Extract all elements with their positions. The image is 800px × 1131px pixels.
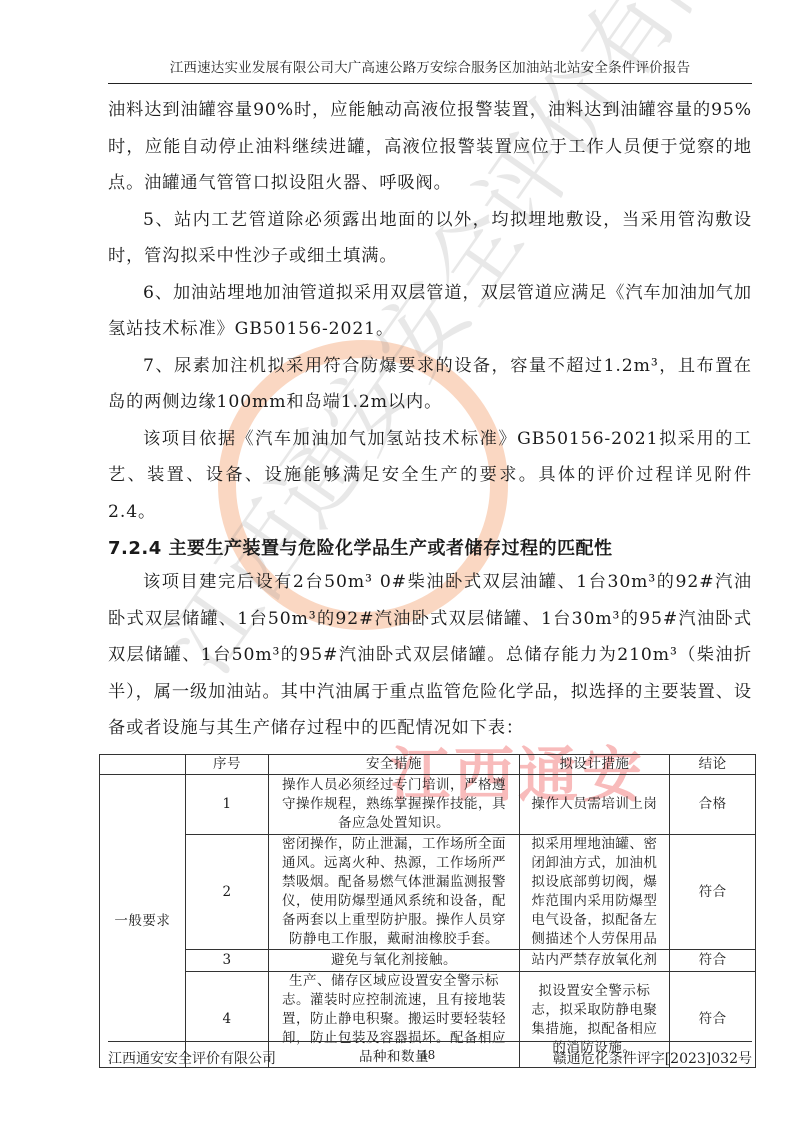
page-header: 江西速达实业发展有限公司大广高速公路万安综合服务区加油站北站安全条件评价报告 [108, 56, 752, 76]
row-design: 操作人员需培训上岗 [519, 775, 669, 835]
table-row: 3 避免与氧化剂接触。 站内严禁存放氧化剂 符合 [100, 950, 756, 972]
row-design: 拟采用埋地油罐、密闭卸油方式，加油机拟设底部剪切阀，爆炸范围内采用防爆型电气设备… [519, 835, 669, 950]
paragraph-continued: 油料达到油罐容量90%时，应能触动高液位报警装置，油料达到油罐容量的95%时，应… [108, 92, 752, 202]
row-conclusion: 合格 [670, 775, 756, 835]
header-number: 序号 [185, 755, 268, 775]
footer-company: 江西通安安全评价有限公司 [108, 1048, 276, 1068]
row-number: 3 [185, 950, 268, 972]
page-number: 48 [420, 1048, 435, 1062]
section-body: 该项目建完后设有2台50m³ 0#柴油卧式双层油罐、1台30m³的92#汽油卧式… [108, 564, 752, 747]
paragraph-item-5: 5、站内工艺管道除必须露出地面的以外，均拟埋地敷设，当采用管沟敷设时，管沟拟采中… [108, 202, 752, 275]
paragraph-item-6: 6、加油站埋地加油管道拟采用双层管道，双层管道应满足《汽车加油加气加氢站技术标准… [108, 275, 752, 348]
table-row: 一般要求 1 操作人员必须经过专门培训，严格遵守操作规程，熟练掌握操作技能，具备… [100, 775, 756, 835]
row-design: 站内严禁存放氧化剂 [519, 950, 669, 972]
row-number: 1 [185, 775, 268, 835]
footer-divider [108, 1041, 752, 1042]
header-design-measure: 拟设计措施 [519, 755, 669, 775]
section-paragraph: 该项目建完后设有2台50m³ 0#柴油卧式双层油罐、1台30m³的92#汽油卧式… [108, 564, 752, 747]
paragraph-item-7: 7、尿素加注机拟采用符合防爆要求的设备，容量不超过1.2m³，且布置在岛的两侧边… [108, 348, 752, 421]
header-conclusion: 结论 [670, 755, 756, 775]
paragraph-conclusion: 该项目依据《汽车加油加气加氢站技术标准》GB50156-2021拟采用的工艺、装… [108, 421, 752, 531]
header-category [100, 755, 186, 775]
row-conclusion: 符合 [670, 835, 756, 950]
matching-table: 序号 安全措施 拟设计措施 结论 一般要求 1 操作人员必须经过专门培训，严格遵… [99, 754, 756, 1068]
body-section: 油料达到油罐容量90%时，应能触动高液位报警装置，油料达到油罐容量的95%时，应… [108, 92, 752, 530]
group-label: 一般要求 [100, 775, 186, 1068]
table-row: 2 密闭操作，防止泄漏，工作场所全面通风。远离火种、热源，工作场所严禁吸烟。配备… [100, 835, 756, 950]
table-header-row: 序号 安全措施 拟设计措施 结论 [100, 755, 756, 775]
footer-doc-number: 赣通危化条件评字[2023]032号 [553, 1048, 752, 1068]
section-heading: 7.2.4 主要生产装置与危险化学品生产或者储存过程的匹配性 [108, 534, 752, 560]
row-measure: 密闭操作，防止泄漏，工作场所全面通风。远离火种、热源，工作场所严禁吸烟。配备易燃… [269, 835, 519, 950]
header-safety-measure: 安全措施 [269, 755, 519, 775]
row-conclusion: 符合 [670, 950, 756, 972]
header-divider [108, 83, 752, 84]
row-measure: 生产、储存区域应设置安全警示标志。灌装时应控制流速，且有接地装置，防止静电积聚。… [269, 972, 519, 1068]
row-measure: 避免与氧化剂接触。 [269, 950, 519, 972]
row-measure: 操作人员必须经过专门培训，严格遵守操作规程，熟练掌握操作技能，具备应急处置知识。 [269, 775, 519, 835]
row-number: 2 [185, 835, 268, 950]
